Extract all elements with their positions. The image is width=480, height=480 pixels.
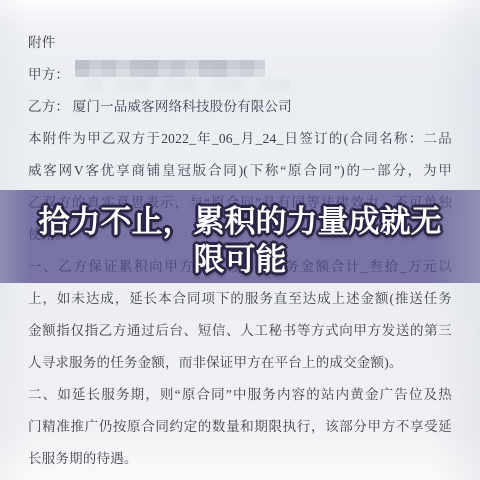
doc-line: 本附件为甲乙双方于2022_年_06_月_24_日签订的(合同名称：二品 bbox=[28, 123, 452, 155]
promo-overlay-banner: 拾力不止，累积的力量成就无 限可能 bbox=[0, 190, 480, 283]
doc-line: 金额指仅指乙方通过后台、短信、人工秘书等方式向甲方发送的第三 bbox=[28, 315, 452, 347]
contract-document-photo: 附件 甲方： 乙方： 厦门一品威客网络科技股份有限公司 本附件为甲乙双方于202… bbox=[0, 0, 480, 480]
doc-line: 二、如延长服务期，则“原合同”中服务内容的站内黄金广告位及热 bbox=[28, 379, 452, 411]
party-a-label: 甲方： bbox=[28, 67, 69, 82]
attachment-title: 附件 bbox=[28, 27, 452, 59]
doc-line: 长服务期的待遇。 bbox=[28, 443, 452, 475]
doc-line: 人寻求服务的任务金额，而非保证甲方在平台上的成交金额)。 bbox=[28, 347, 452, 379]
doc-line: 门精准推广仍按原合同约定的数量和期限执行，该部分甲方不享受延 bbox=[28, 411, 452, 443]
party-b-line: 乙方： 厦门一品威客网络科技股份有限公司 bbox=[28, 91, 452, 123]
overlay-caption-line2: 限可能 bbox=[0, 241, 480, 279]
redaction-mosaic bbox=[75, 60, 265, 77]
overlay-caption-line1: 拾力不止，累积的力量成就无 bbox=[0, 203, 480, 241]
overlay-caption: 拾力不止，累积的力量成就无 限可能 bbox=[0, 203, 480, 279]
redaction-mosaic-shadow bbox=[86, 79, 292, 91]
doc-line: 威客网V客优享商铺皇冠版合同)(下称“原合同”)的一部分，为甲 bbox=[28, 155, 452, 187]
doc-line: 上，如未达成，延长本合同项下的服务直至达成上述金额(推送任务 bbox=[28, 283, 452, 315]
